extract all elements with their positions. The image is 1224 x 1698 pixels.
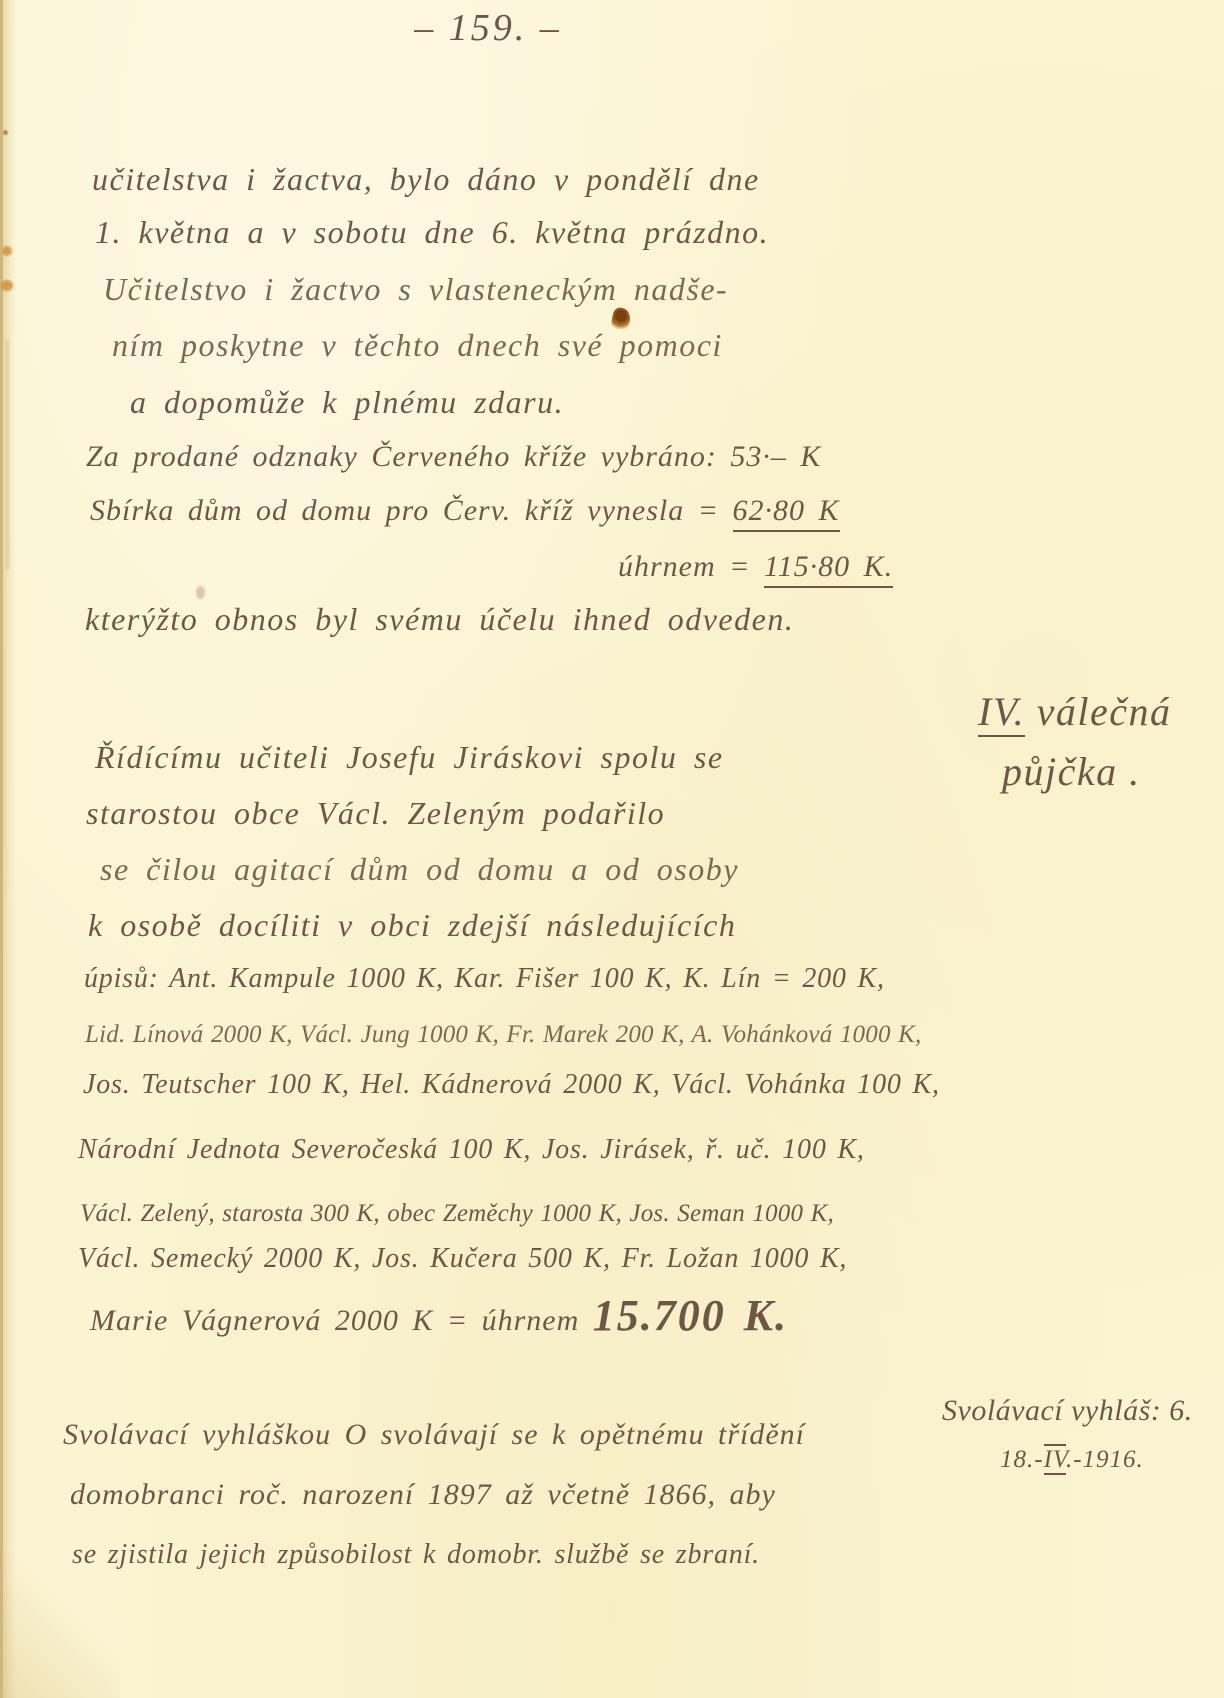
amount-underlined: 115·80 K. <box>764 550 893 588</box>
text-line: Václ. Zelený, starosta 300 K, obec Zeměc… <box>80 1200 834 1228</box>
paper-smudge <box>196 586 205 599</box>
text-line: Marie Vágnerová 2000 K = úhrnem 15.700 K… <box>90 1292 788 1340</box>
margin-note-war-loan-line2: půjčka . <box>1002 750 1141 794</box>
text-line: domobranci roč. narození 1897 až včetně … <box>70 1478 776 1511</box>
margin-note-summons-date: 18.-IV.-1916. <box>1000 1446 1144 1474</box>
roman-numeral: IV. <box>978 689 1025 737</box>
text-line: Za prodané odznaky Červeného kříže vybrá… <box>86 440 821 473</box>
text-line: učitelstva i žactva, bylo dáno v pondělí… <box>92 162 760 197</box>
text-line: Národní Jednota Severočeská 100 K, Jos. … <box>78 1135 865 1166</box>
page-number: – 159. – <box>368 8 608 50</box>
text-line-part: Marie Vágnerová 2000 K = úhrnem <box>90 1304 579 1337</box>
amount-underlined: 62·80 K <box>733 494 840 532</box>
manuscript-page: – 159. – učitelstva i žactva, bylo dáno … <box>0 0 1224 1698</box>
text-line: Svolávací vyhláškou O svolávají se k opě… <box>63 1418 805 1451</box>
text-line: úhrnem = 115·80 K. <box>618 550 893 583</box>
margin-note-war-loan-line1: IV. válečná <box>978 690 1171 734</box>
text-line: k osobě docíliti v obci zdejší následují… <box>88 908 736 943</box>
text-line: ním poskytne v těchto dnech své pomoci <box>112 328 723 363</box>
paper-crease <box>6 340 9 570</box>
text-line: kterýžto obnos byl svému účelu ihned odv… <box>85 602 794 637</box>
text-line: se zjistila jejich způsobilost k domobr.… <box>72 1540 760 1571</box>
text-line-part: úhrnem = <box>618 550 750 583</box>
text-line: starostou obce Václ. Zeleným podařilo <box>86 796 665 831</box>
loan-total: 15.700 K. <box>593 1291 788 1340</box>
roman-numeral: IV <box>1044 1444 1066 1475</box>
text-line: Lid. Línová 2000 K, Václ. Jung 1000 K, F… <box>85 1021 921 1049</box>
text-line: úpisů: Ant. Kampule 1000 K, Kar. Fišer 1… <box>84 964 885 995</box>
margin-note-text: válečná <box>1025 689 1171 734</box>
text-line: Sbírka dům od domu pro Červ. kříž vynesl… <box>90 494 840 527</box>
margin-note-summons-title: Svolávací vyhláš: 6. <box>942 1394 1193 1427</box>
text-line: Václ. Semecký 2000 K, Jos. Kučera 500 K,… <box>78 1244 847 1275</box>
paper-stain <box>1 280 13 291</box>
date-part: .-1916. <box>1066 1446 1144 1473</box>
text-line: a dopomůže k plnému zdaru. <box>130 385 564 420</box>
text-line: Učitelstvo i žactvo s vlasteneckým nadše… <box>103 272 728 307</box>
text-line: Jos. Teutscher 100 K, Hel. Kádnerová 200… <box>83 1070 940 1101</box>
text-line: Řídícímu učiteli Josefu Jiráskovi spolu … <box>95 740 724 775</box>
text-line-part: Sbírka dům od domu pro Červ. kříž vynesl… <box>90 494 719 527</box>
date-part: 18.- <box>1000 1446 1044 1473</box>
paper-stain <box>3 130 8 135</box>
paper-left-edge-line <box>0 0 3 1698</box>
text-line: 1. května a v sobotu dne 6. května prázd… <box>95 215 769 250</box>
text-line: se čilou agitací dům od domu a od osoby <box>100 852 739 887</box>
paper-stain <box>2 246 12 256</box>
